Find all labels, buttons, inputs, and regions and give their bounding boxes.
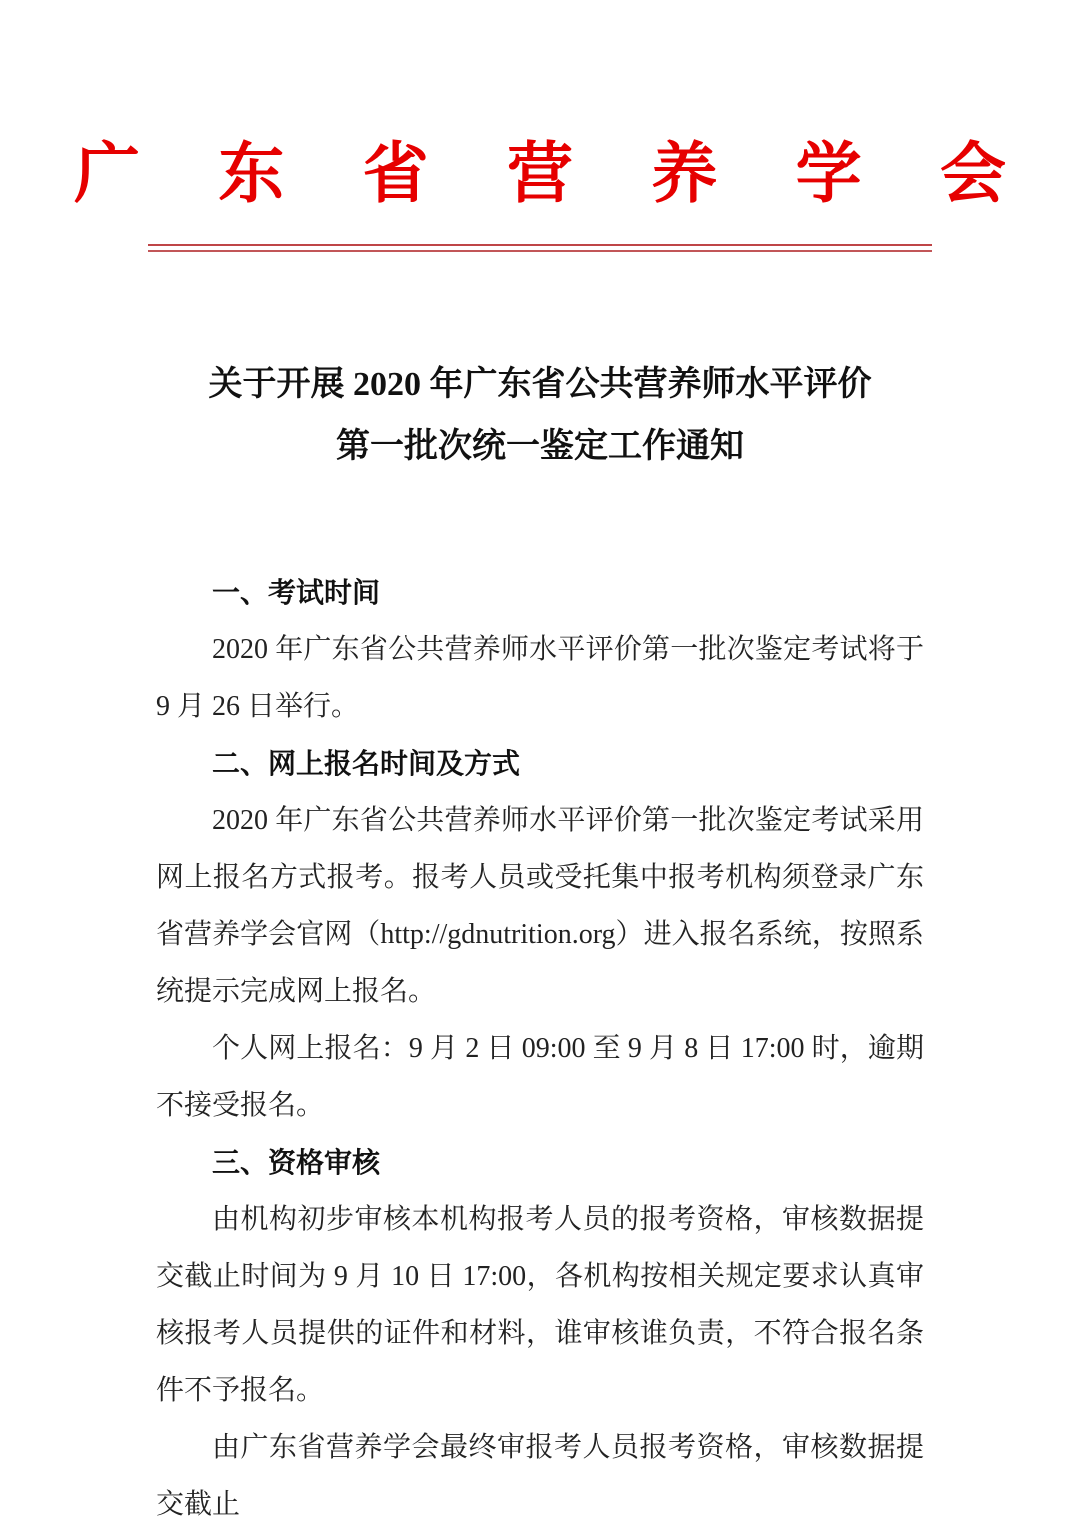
paragraph-society-final-review: 由广东省营养学会最终审报考人员报考资格，审核数据提交截止 bbox=[156, 1419, 924, 1528]
paragraph-institution-preliminary-review: 由机构初步审核本机构报考人员的报考资格，审核数据提交截止时间为 9 月 10 日… bbox=[156, 1191, 924, 1419]
org-name-banner: 广 东 省 营 养 学 会 bbox=[0, 0, 1080, 218]
document-title: 关于开展 2020 年广东省公共营养师水平评价 第一批次统一鉴定工作通知 bbox=[148, 354, 932, 478]
paragraph-registration-method: 2020 年广东省公共营养师水平评价第一批次鉴定考试采用网上报名方式报考。报考人… bbox=[156, 792, 924, 1020]
section-heading-exam-time: 一、考试时间 bbox=[156, 564, 924, 621]
paragraph-exam-time: 2020 年广东省公共营养师水平评价第一批次鉴定考试将于 9 月 26 日举行。 bbox=[156, 621, 924, 735]
document-body: 一、考试时间 2020 年广东省公共营养师水平评价第一批次鉴定考试将于 9 月 … bbox=[156, 564, 924, 1528]
document-page: 广 东 省 营 养 学 会 关于开展 2020 年广东省公共营养师水平评价 第一… bbox=[0, 0, 1080, 1528]
document-title-line-2: 第一批次统一鉴定工作通知 bbox=[148, 416, 932, 478]
paragraph-individual-registration-window: 个人网上报名：9 月 2 日 09:00 至 9 月 8 日 17:00 时，逾… bbox=[156, 1020, 924, 1134]
section-heading-qualification-review: 三、资格审核 bbox=[156, 1134, 924, 1191]
document-title-line-1: 关于开展 2020 年广东省公共营养师水平评价 bbox=[148, 354, 932, 416]
header-double-rule bbox=[148, 244, 932, 252]
section-heading-online-registration: 二、网上报名时间及方式 bbox=[156, 735, 924, 792]
